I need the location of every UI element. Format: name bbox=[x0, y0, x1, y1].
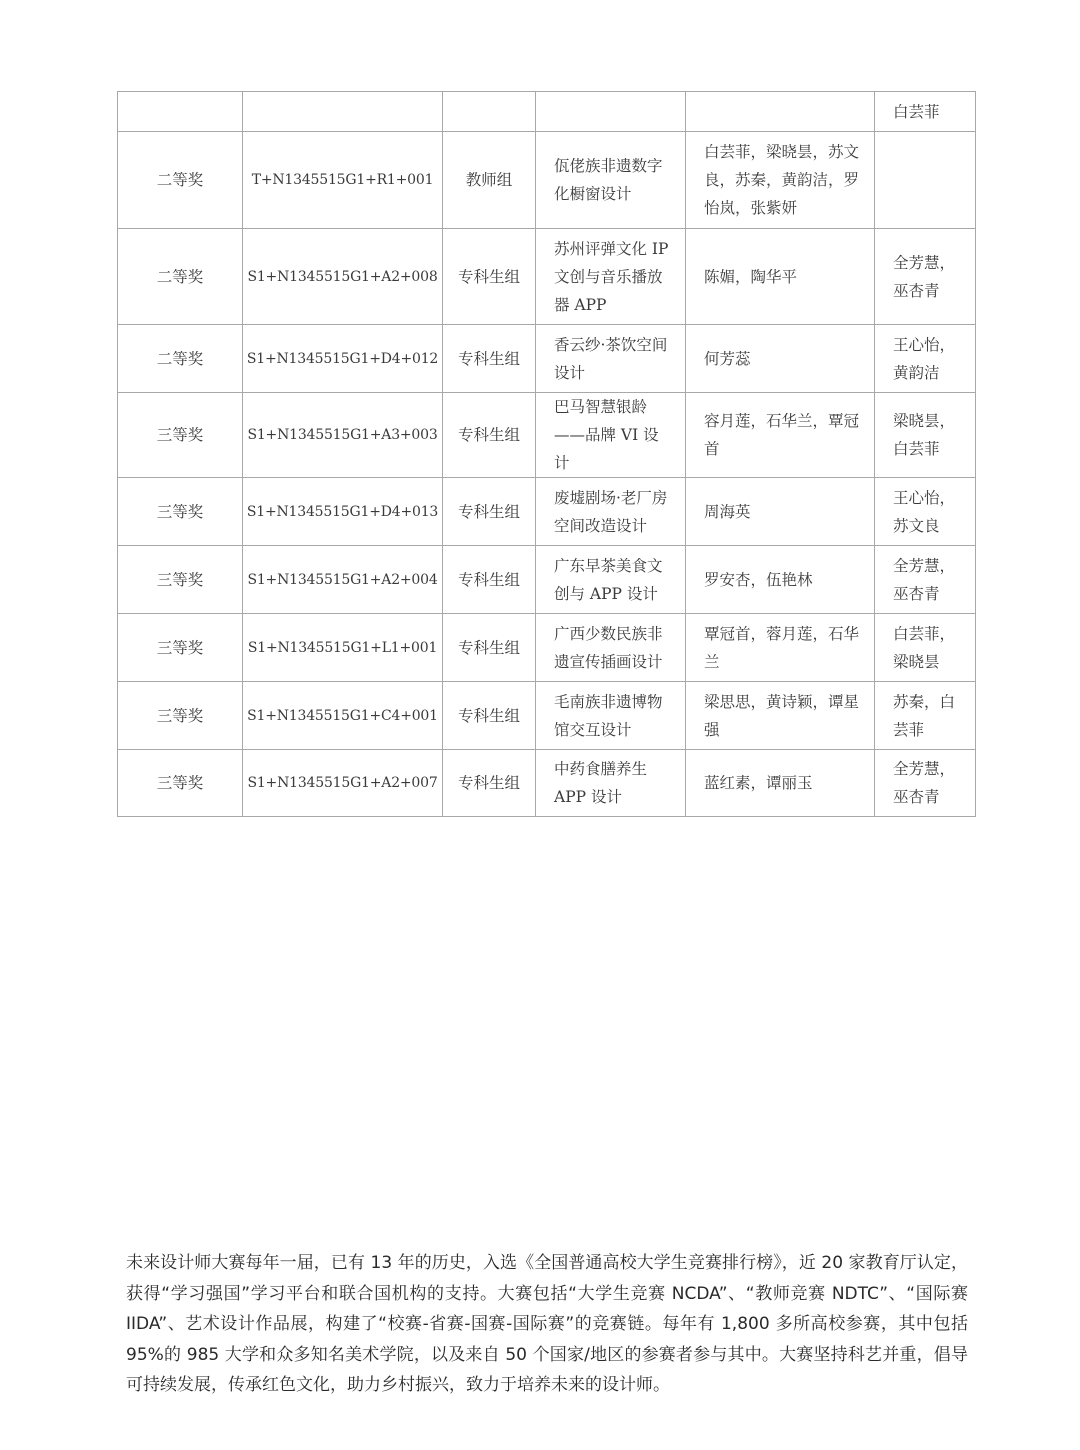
cell-code bbox=[243, 92, 443, 132]
cell-mentors: 全芳慧，巫杏青 bbox=[875, 546, 976, 614]
cell-award: 三等奖 bbox=[118, 750, 243, 817]
table-row: 二等奖 S1+N1345515G1+A2+008 专科生组 苏州评弹文化 IP … bbox=[118, 229, 976, 325]
cell-code: S1+N1345515G1+A2+004 bbox=[243, 546, 443, 614]
cell-work-title: 苏州评弹文化 IP 文创与音乐播放器 APP bbox=[536, 229, 686, 325]
cell-group: 专科生组 bbox=[443, 750, 536, 817]
cell-group: 专科生组 bbox=[443, 682, 536, 750]
cell-work-title bbox=[536, 92, 686, 132]
cell-award: 二等奖 bbox=[118, 325, 243, 393]
cell-group: 教师组 bbox=[443, 132, 536, 229]
cell-authors: 覃冠首，蓉月莲，石华兰 bbox=[686, 614, 875, 682]
award-results-table: 白芸菲 二等奖 T+N1345515G1+R1+001 教师组 佤佬族非遗数字化… bbox=[117, 91, 976, 817]
cell-work-title: 广西少数民族非遗宣传插画设计 bbox=[536, 614, 686, 682]
cell-work-title: 毛南族非遗博物馆交互设计 bbox=[536, 682, 686, 750]
cell-award: 三等奖 bbox=[118, 546, 243, 614]
cell-authors: 蓝红素，谭丽玉 bbox=[686, 750, 875, 817]
table-row: 三等奖 S1+N1345515G1+L1+001 专科生组 广西少数民族非遗宣传… bbox=[118, 614, 976, 682]
cell-mentors: 梁晓昙，白芸菲 bbox=[875, 393, 976, 478]
cell-authors bbox=[686, 92, 875, 132]
table-row: 三等奖 S1+N1345515G1+A2+004 专科生组 广东早茶美食文创与 … bbox=[118, 546, 976, 614]
cell-mentors: 白芸菲，梁晓昙 bbox=[875, 614, 976, 682]
table-row: 三等奖 S1+N1345515G1+A2+007 专科生组 中药食膳养生 APP… bbox=[118, 750, 976, 817]
cell-work-title: 香云纱·茶饮空间设计 bbox=[536, 325, 686, 393]
cell-award bbox=[118, 92, 243, 132]
cell-work-title: 佤佬族非遗数字化橱窗设计 bbox=[536, 132, 686, 229]
table-row: 二等奖 S1+N1345515G1+D4+012 专科生组 香云纱·茶饮空间设计… bbox=[118, 325, 976, 393]
cell-code: S1+N1345515G1+D4+012 bbox=[243, 325, 443, 393]
cell-code: S1+N1345515G1+L1+001 bbox=[243, 614, 443, 682]
table-row: 三等奖 S1+N1345515G1+C4+001 专科生组 毛南族非遗博物馆交互… bbox=[118, 682, 976, 750]
cell-award: 三等奖 bbox=[118, 614, 243, 682]
cell-mentors: 王心怡，苏文良 bbox=[875, 478, 976, 546]
cell-work-title: 中药食膳养生 APP 设计 bbox=[536, 750, 686, 817]
cell-mentors bbox=[875, 132, 976, 229]
cell-award: 三等奖 bbox=[118, 682, 243, 750]
cell-group: 专科生组 bbox=[443, 546, 536, 614]
cell-award: 二等奖 bbox=[118, 229, 243, 325]
cell-award: 三等奖 bbox=[118, 478, 243, 546]
cell-code: S1+N1345515G1+A2+008 bbox=[243, 229, 443, 325]
table-row: 三等奖 S1+N1345515G1+D4+013 专科生组 废墟剧场·老厂房空间… bbox=[118, 478, 976, 546]
cell-mentors: 全芳慧，巫杏青 bbox=[875, 750, 976, 817]
cell-group: 专科生组 bbox=[443, 325, 536, 393]
cell-code: T+N1345515G1+R1+001 bbox=[243, 132, 443, 229]
cell-award: 二等奖 bbox=[118, 132, 243, 229]
cell-group: 专科生组 bbox=[443, 229, 536, 325]
cell-code: S1+N1345515G1+C4+001 bbox=[243, 682, 443, 750]
cell-group: 专科生组 bbox=[443, 393, 536, 478]
cell-authors: 何芳蕊 bbox=[686, 325, 875, 393]
cell-work-title: 废墟剧场·老厂房空间改造设计 bbox=[536, 478, 686, 546]
cell-authors: 周海英 bbox=[686, 478, 875, 546]
cell-code: S1+N1345515G1+D4+013 bbox=[243, 478, 443, 546]
cell-authors: 梁思思，黄诗颖，谭星强 bbox=[686, 682, 875, 750]
cell-work-title: 广东早茶美食文创与 APP 设计 bbox=[536, 546, 686, 614]
cell-authors: 罗安杏，伍艳林 bbox=[686, 546, 875, 614]
cell-mentors: 王心怡，黄韵洁 bbox=[875, 325, 976, 393]
cell-authors: 陈媚，陶华平 bbox=[686, 229, 875, 325]
cell-mentors: 全芳慧，巫杏青 bbox=[875, 229, 976, 325]
cell-authors: 容月莲，石华兰，覃冠首 bbox=[686, 393, 875, 478]
table-row: 二等奖 T+N1345515G1+R1+001 教师组 佤佬族非遗数字化橱窗设计… bbox=[118, 132, 976, 229]
table-row-continuation: 白芸菲 bbox=[118, 92, 976, 132]
cell-group: 专科生组 bbox=[443, 478, 536, 546]
cell-authors: 白芸菲，梁晓昙，苏文良，苏秦，黄韵洁，罗怡岚，张紫妍 bbox=[686, 132, 875, 229]
cell-mentors: 白芸菲 bbox=[875, 92, 976, 132]
cell-group: 专科生组 bbox=[443, 614, 536, 682]
cell-award: 三等奖 bbox=[118, 393, 243, 478]
cell-group bbox=[443, 92, 536, 132]
cell-work-title: 巴马智慧银龄——品牌 VI 设计 bbox=[536, 393, 686, 478]
cell-code: S1+N1345515G1+A3+003 bbox=[243, 393, 443, 478]
cell-mentors: 苏秦，白芸菲 bbox=[875, 682, 976, 750]
table-row: 三等奖 S1+N1345515G1+A3+003 专科生组 巴马智慧银龄——品牌… bbox=[118, 393, 976, 478]
competition-intro-paragraph: 未来设计师大赛每年一届，已有 13 年的历史，入选《全国普通高校大学生竞赛排行榜… bbox=[126, 1248, 968, 1401]
cell-code: S1+N1345515G1+A2+007 bbox=[243, 750, 443, 817]
